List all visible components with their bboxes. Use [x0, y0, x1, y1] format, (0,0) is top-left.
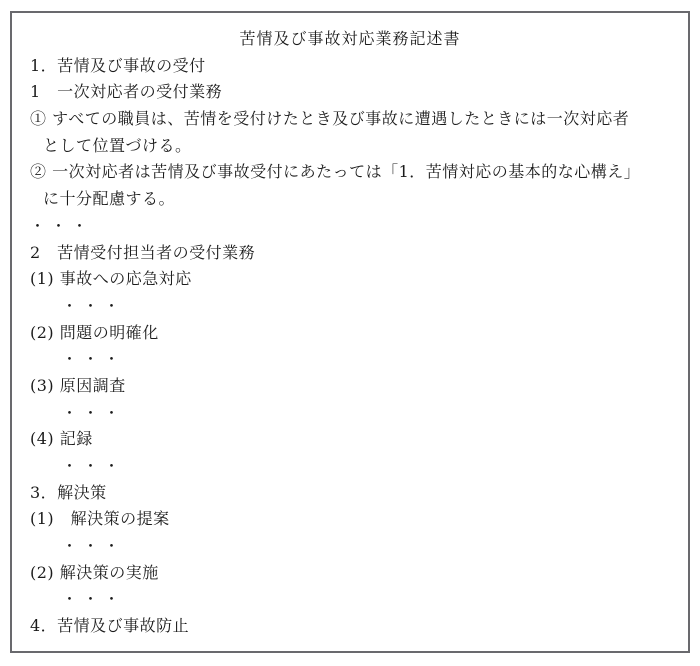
document-line: 1 一次対応者の受付業務	[12, 79, 688, 106]
document-title: 苦情及び事故対応業務記述書	[12, 26, 688, 53]
document-line: ・・・	[12, 293, 688, 320]
document-line: 4．苦情及び事故防止	[12, 613, 688, 640]
document-line: ① すべての職員は、苦情を受付けたとき及び事故に遭遇したときには一次対応者	[12, 106, 688, 133]
document-line: ・・・	[12, 453, 688, 480]
document-line: ・・・	[12, 533, 688, 560]
document-line: に十分配慮する。	[12, 186, 688, 213]
document-line: ・・・	[12, 400, 688, 427]
document-line: (4) 記録	[12, 426, 688, 453]
document-line: 2 苦情受付担当者の受付業務	[12, 240, 688, 267]
document-line: として位置づける。	[12, 133, 688, 160]
document-line: ・・・	[12, 346, 688, 373]
document-line: ・・・	[12, 213, 688, 240]
document-line: (1) 事故への応急対応	[12, 266, 688, 293]
document-line: 1．苦情及び事故の受付	[12, 53, 688, 80]
document-border: 苦情及び事故対応業務記述書 1．苦情及び事故の受付1 一次対応者の受付業務① す…	[10, 11, 690, 653]
document-line: (1) 解決策の提案	[12, 506, 688, 533]
document-line: (3) 原因調査	[12, 373, 688, 400]
document-line: 3．解決策	[12, 480, 688, 507]
document-body: 1．苦情及び事故の受付1 一次対応者の受付業務① すべての職員は、苦情を受付けた…	[12, 53, 688, 640]
document-line: (2) 解決策の実施	[12, 560, 688, 587]
document-line: ・・・	[12, 586, 688, 613]
document-page: 苦情及び事故対応業務記述書 1．苦情及び事故の受付1 一次対応者の受付業務① す…	[12, 13, 688, 651]
document-line: (2) 問題の明確化	[12, 320, 688, 347]
document-line: ② 一次対応者は苦情及び事故受付にあたっては「1．苦情対応の基本的な心構え」	[12, 159, 688, 186]
